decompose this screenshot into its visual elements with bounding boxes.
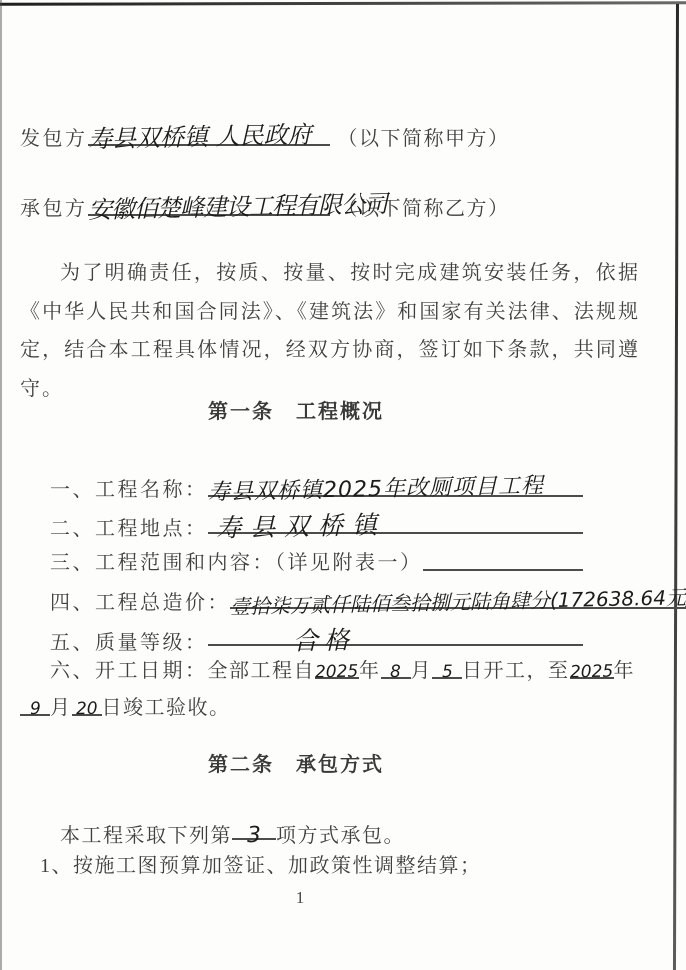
project-name-row: 一、工程名称： 寿县双桥镇2025年改厕项目工程 [50, 464, 583, 502]
party-a-row: 发包方 寿县双桥镇 人民政府 （以下简称甲方） [20, 112, 510, 151]
contract-method-prefix: 本工程采取下列第 [60, 819, 232, 848]
start-year-unit: 年 [359, 654, 381, 683]
section-two-title: 第二条 承包方式 [0, 748, 592, 777]
completion-date-row: 9 月 20 日竣工验收。 [20, 688, 231, 720]
project-cost-row: 四、工程总造价： 壹拾柒万贰仟陆佰叁拾捌元陆角肆分(172638.64元) [50, 576, 583, 615]
end-year-field: 2025 [570, 651, 614, 679]
scan-left-edge [0, 0, 2, 970]
preamble-paragraph: 为了明确责任，按质、按量、按时完成建筑安装任务，依据《中华人民共和国合同法》、《… [20, 254, 640, 408]
party-a-alias: （以下简称甲方） [338, 122, 510, 151]
start-day-handwriting: 5 [441, 664, 452, 681]
party-a-field-underline: 寿县双桥镇 人民政府 [88, 112, 330, 146]
project-location-row: 二、工程地点： 寿县双桥镇 [50, 501, 583, 541]
start-year-field: 2025 [315, 651, 359, 679]
quality-grade-row: 五、质量等级： 合格 [50, 613, 583, 655]
project-cost-label: 四、工程总造价： [50, 586, 230, 615]
start-year-handwriting: 2025 [315, 664, 359, 682]
contract-page: 发包方 寿县双桥镇 人民政府 （以下简称甲方） 承包方 安徽佰楚峰建设工程有限公… [0, 0, 686, 970]
scan-right-edge [673, 4, 679, 970]
start-date-mid-text: 日开工，至 [462, 654, 570, 683]
end-month-handwriting: 9 [29, 701, 40, 718]
project-scope-row: 三、工程范围和内容：（详见附表一） [50, 538, 583, 575]
project-location-label: 二、工程地点： [50, 512, 208, 541]
end-day-handwriting: 20 [75, 701, 97, 718]
page-number: 1 [0, 888, 600, 908]
party-a-name-handwriting: 寿县双桥镇 人民政府 [87, 123, 311, 152]
start-date-label: 六、开工日期： [50, 654, 208, 683]
project-name-label: 一、工程名称： [50, 473, 208, 502]
end-month-unit: 月 [50, 691, 72, 720]
end-year-unit: 年 [614, 654, 636, 683]
project-location-field: 寿县双桥镇 [208, 501, 584, 534]
quality-grade-handwriting: 合格 [292, 627, 355, 653]
party-b-field-underline: 安徽佰楚峰建设工程有限公司 [88, 182, 330, 216]
party-b-row: 承包方 安徽佰楚峰建设工程有限公司 （以下简称乙方） [20, 182, 510, 221]
section-one-title: 第一条 工程概况 [0, 395, 592, 424]
scan-top-edge [0, 1, 686, 5]
contract-method-row: 本工程采取下列第 3 项方式承包。 [60, 812, 405, 848]
start-month-field: 8 [381, 651, 411, 679]
project-location-handwriting: 寿县双桥镇 [207, 512, 386, 541]
start-day-field: 5 [432, 651, 462, 679]
start-month-unit: 月 [411, 654, 433, 683]
end-month-field: 9 [20, 688, 50, 716]
option-one-row: 1、按施工图预算加签证、加政策性调整结算； [40, 849, 482, 878]
end-day-field: 20 [72, 688, 102, 716]
party-b-name-handwriting: 安徽佰楚峰建设工程有限公司 [87, 192, 386, 222]
start-month-handwriting: 8 [390, 664, 401, 681]
start-date-row: 六、开工日期： 全部工程自 2025 年 8 月 5 日开工，至 2025 年 [50, 651, 635, 683]
contract-method-suffix: 项方式承包。 [276, 819, 405, 848]
option-one-text: 1、按施工图预算加签证、加政策性调整结算； [40, 849, 482, 878]
project-scope-field [423, 538, 584, 571]
party-a-label: 发包方 [20, 122, 88, 151]
party-b-label: 承包方 [20, 192, 88, 221]
project-name-field: 寿县双桥镇2025年改厕项目工程 [208, 464, 584, 497]
quality-grade-field: 合格 [208, 613, 584, 646]
completion-suffix: 日竣工验收。 [102, 691, 231, 720]
end-year-handwriting: 2025 [570, 664, 614, 682]
project-scope-label: 三、工程范围和内容：（详见附表一） [50, 546, 423, 575]
selected-option-field: 3 [232, 812, 276, 840]
selected-option-handwriting: 3 [247, 825, 261, 847]
start-date-prefix: 全部工程自 [208, 654, 316, 683]
project-cost-field: 壹拾柒万贰仟陆佰叁拾捌元陆角肆分(172638.64元) [230, 576, 686, 609]
